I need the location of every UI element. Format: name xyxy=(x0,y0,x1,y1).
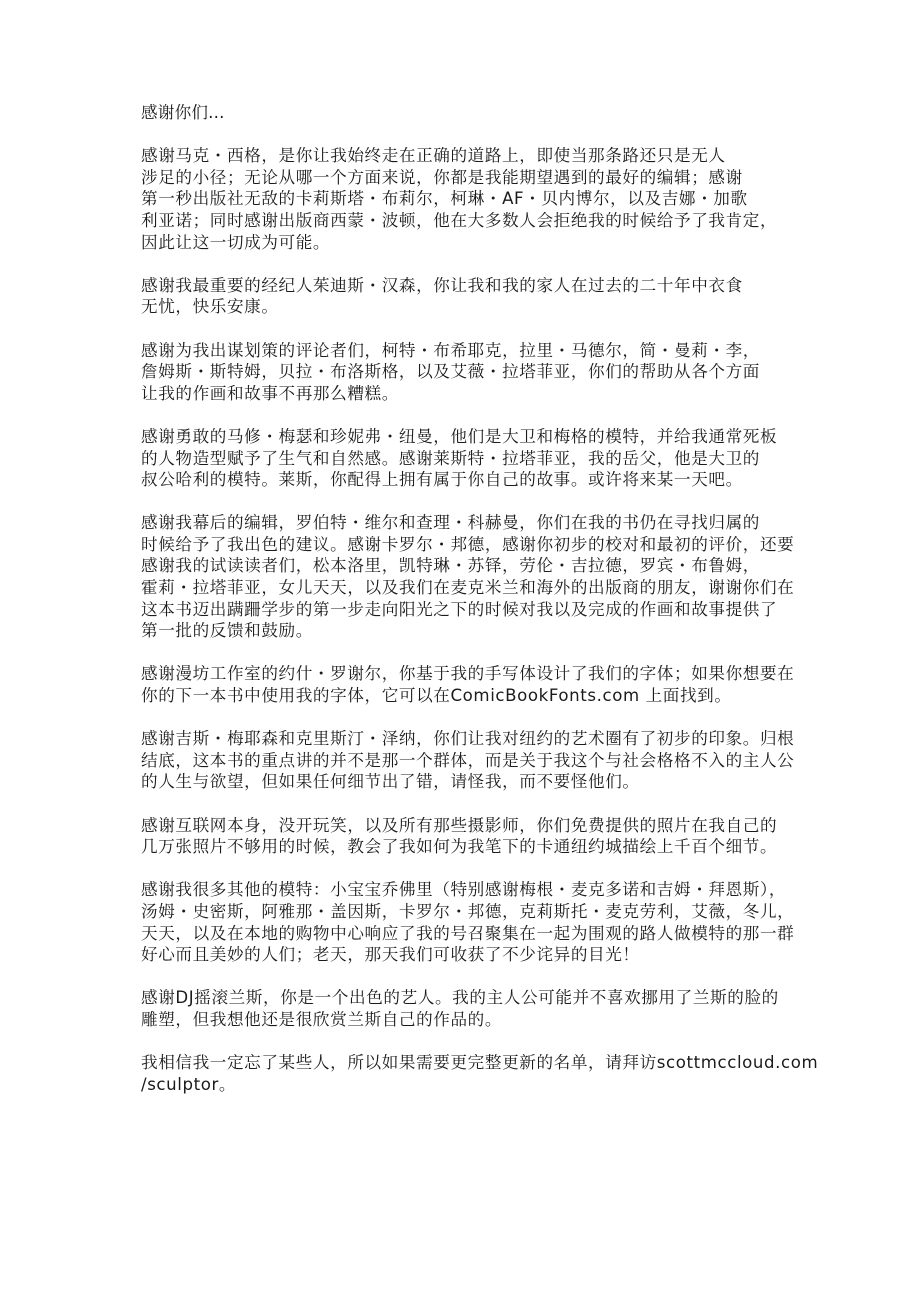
text-line: 好心而且美妙的人们；老天，那天我们可收获了不少诧异的目光！ xyxy=(141,944,841,966)
text-line: 感谢漫坊工作室的约什・罗谢尔，你基于我的手写体设计了我们的字体；如果你想要在 xyxy=(141,663,841,685)
paragraph-editors: 感谢我幕后的编辑，罗伯特・维尔和查理・科赫曼，你们在我的书仍在寻找归属的 时候给… xyxy=(141,512,841,642)
paragraph-critics: 感谢为我出谋划策的评论者们，柯特・布希耶克，拉里・马德尔，简・曼莉・李， 詹姆斯… xyxy=(141,340,841,405)
paragraph-dj: 感谢DJ摇滚兰斯，你是一个出色的艺人。我的主人公可能并不喜欢挪用了兰斯的脸的 雕… xyxy=(141,987,841,1030)
text-line: 几万张照片不够用的时候，教会了我如何为我笔下的卡通纽约城描绘上千百个细节。 xyxy=(141,836,841,858)
text-line: 利亚诺；同时感谢出版商西蒙・波顿，他在大多数人会拒绝我的时候给予了我肯定， xyxy=(141,210,841,232)
acknowledgements-page: 感谢你们... 感谢马克・西格，是你让我始终走在正确的道路上，即使当那条路还只是… xyxy=(141,102,841,1117)
paragraph-mark-siegel: 感谢马克・西格，是你让我始终走在正确的道路上，即使当那条路还只是无人 涉足的小径… xyxy=(141,145,841,253)
text-line: 感谢我的试读读者们，松本洛里，凯特琳・苏铎，劳伦・吉拉德，罗宾・布鲁姆， xyxy=(141,555,841,577)
paragraph-models: 感谢勇敢的马修・梅瑟和珍妮弗・纽曼，他们是大卫和梅格的模特，并给我通常死板 的人… xyxy=(141,426,841,491)
text-line: 感谢互联网本身，没开玩笑，以及所有那些摄影师，你们免费提供的照片在我自己的 xyxy=(141,815,841,837)
heading-text: 感谢你们... xyxy=(141,102,841,124)
acknowledgements-heading: 感谢你们... xyxy=(141,102,841,124)
text-line: 结底，这本书的重点讲的并不是那一个群体，而是关于我这个与社会格格不入的主人公 xyxy=(141,750,841,772)
text-line: 我相信我一定忘了某些人，所以如果需要更完整更新的名单，请拜访scottmcclo… xyxy=(141,1052,841,1074)
text-line: 第一批的反馈和鼓励。 xyxy=(141,620,841,642)
text-line: 的人物造型赋予了生气和自然感。感谢莱斯特・拉塔菲亚，我的岳父，他是大卫的 xyxy=(141,448,841,470)
text-line: 感谢勇敢的马修・梅瑟和珍妮弗・纽曼，他们是大卫和梅格的模特，并给我通常死板 xyxy=(141,426,841,448)
text-line: 霍莉・拉塔菲亚，女儿天天，以及我们在麦克米兰和海外的出版商的朋友，谢谢你们在 xyxy=(141,577,841,599)
text-line: 雕塑，但我想他还是很欣赏兰斯自己的作品的。 xyxy=(141,1009,841,1031)
text-line: 感谢DJ摇滚兰斯，你是一个出色的艺人。我的主人公可能并不喜欢挪用了兰斯的脸的 xyxy=(141,987,841,1009)
paragraph-art-scene: 感谢吉斯・梅耶森和克里斯汀・泽纳，你们让我对纽约的艺术圈有了初步的印象。归根 结… xyxy=(141,728,841,793)
text-line: 天天，以及在本地的购物中心响应了我的号召聚集在一起为围观的路人做模特的那一群 xyxy=(141,923,841,945)
paragraph-closing: 我相信我一定忘了某些人，所以如果需要更完整更新的名单，请拜访scottmcclo… xyxy=(141,1052,841,1095)
text-line: 感谢为我出谋划策的评论者们，柯特・布希耶克，拉里・马德尔，简・曼莉・李， xyxy=(141,340,841,362)
text-line: 感谢我幕后的编辑，罗伯特・维尔和查理・科赫曼，你们在我的书仍在寻找归属的 xyxy=(141,512,841,534)
text-line: 感谢马克・西格，是你让我始终走在正确的道路上，即使当那条路还只是无人 xyxy=(141,145,841,167)
text-line: 第一秒出版社无敌的卡莉斯塔・布莉尔，柯琳・AF・贝内博尔，以及吉娜・加歌 xyxy=(141,188,841,210)
text-line: 因此让这一切成为可能。 xyxy=(141,232,841,254)
paragraph-internet: 感谢互联网本身，没开玩笑，以及所有那些摄影师，你们免费提供的照片在我自己的 几万… xyxy=(141,815,841,858)
text-line: 这本书迈出蹒跚学步的第一步走向阳光之下的时候对我以及完成的作画和故事提供了 xyxy=(141,599,841,621)
text-line: 叔公哈利的模特。莱斯，你配得上拥有属于你自己的故事。或许将来某一天吧。 xyxy=(141,469,841,491)
text-line: 你的下一本书中使用我的字体，它可以在ComicBookFonts.com 上面找… xyxy=(141,685,841,707)
text-line: 无忧，快乐安康。 xyxy=(141,296,841,318)
text-line: 詹姆斯・斯特姆，贝拉・布洛斯格，以及艾薇・拉塔菲亚，你们的帮助从各个方面 xyxy=(141,361,841,383)
paragraph-font: 感谢漫坊工作室的约什・罗谢尔，你基于我的手写体设计了我们的字体；如果你想要在 你… xyxy=(141,663,841,706)
text-line: 感谢我最重要的经纪人茱迪斯・汉森，你让我和我的家人在过去的二十年中衣食 xyxy=(141,275,841,297)
text-line: /sculptor。 xyxy=(141,1074,841,1096)
text-line: 让我的作画和故事不再那么糟糕。 xyxy=(141,383,841,405)
text-line: 的人生与欲望，但如果任何细节出了错，请怪我，而不要怪他们。 xyxy=(141,771,841,793)
paragraph-agent: 感谢我最重要的经纪人茱迪斯・汉森，你让我和我的家人在过去的二十年中衣食 无忧，快… xyxy=(141,275,841,318)
text-line: 汤姆・史密斯，阿雅那・盖因斯，卡罗尔・邦德，克莉斯托・麦克劳利，艾薇，冬儿， xyxy=(141,901,841,923)
text-line: 感谢吉斯・梅耶森和克里斯汀・泽纳，你们让我对纽约的艺术圈有了初步的印象。归根 xyxy=(141,728,841,750)
text-line: 涉足的小径；无论从哪一个方面来说，你都是我能期望遇到的最好的编辑；感谢 xyxy=(141,167,841,189)
text-line: 时候给予了我出色的建议。感谢卡罗尔・邦德，感谢你初步的校对和最初的评价，还要 xyxy=(141,534,841,556)
paragraph-other-models: 感谢我很多其他的模特：小宝宝乔佛里（特别感谢梅根・麦克多诺和吉姆・拜恩斯）， 汤… xyxy=(141,879,841,965)
text-line: 感谢我很多其他的模特：小宝宝乔佛里（特别感谢梅根・麦克多诺和吉姆・拜恩斯）， xyxy=(141,879,841,901)
